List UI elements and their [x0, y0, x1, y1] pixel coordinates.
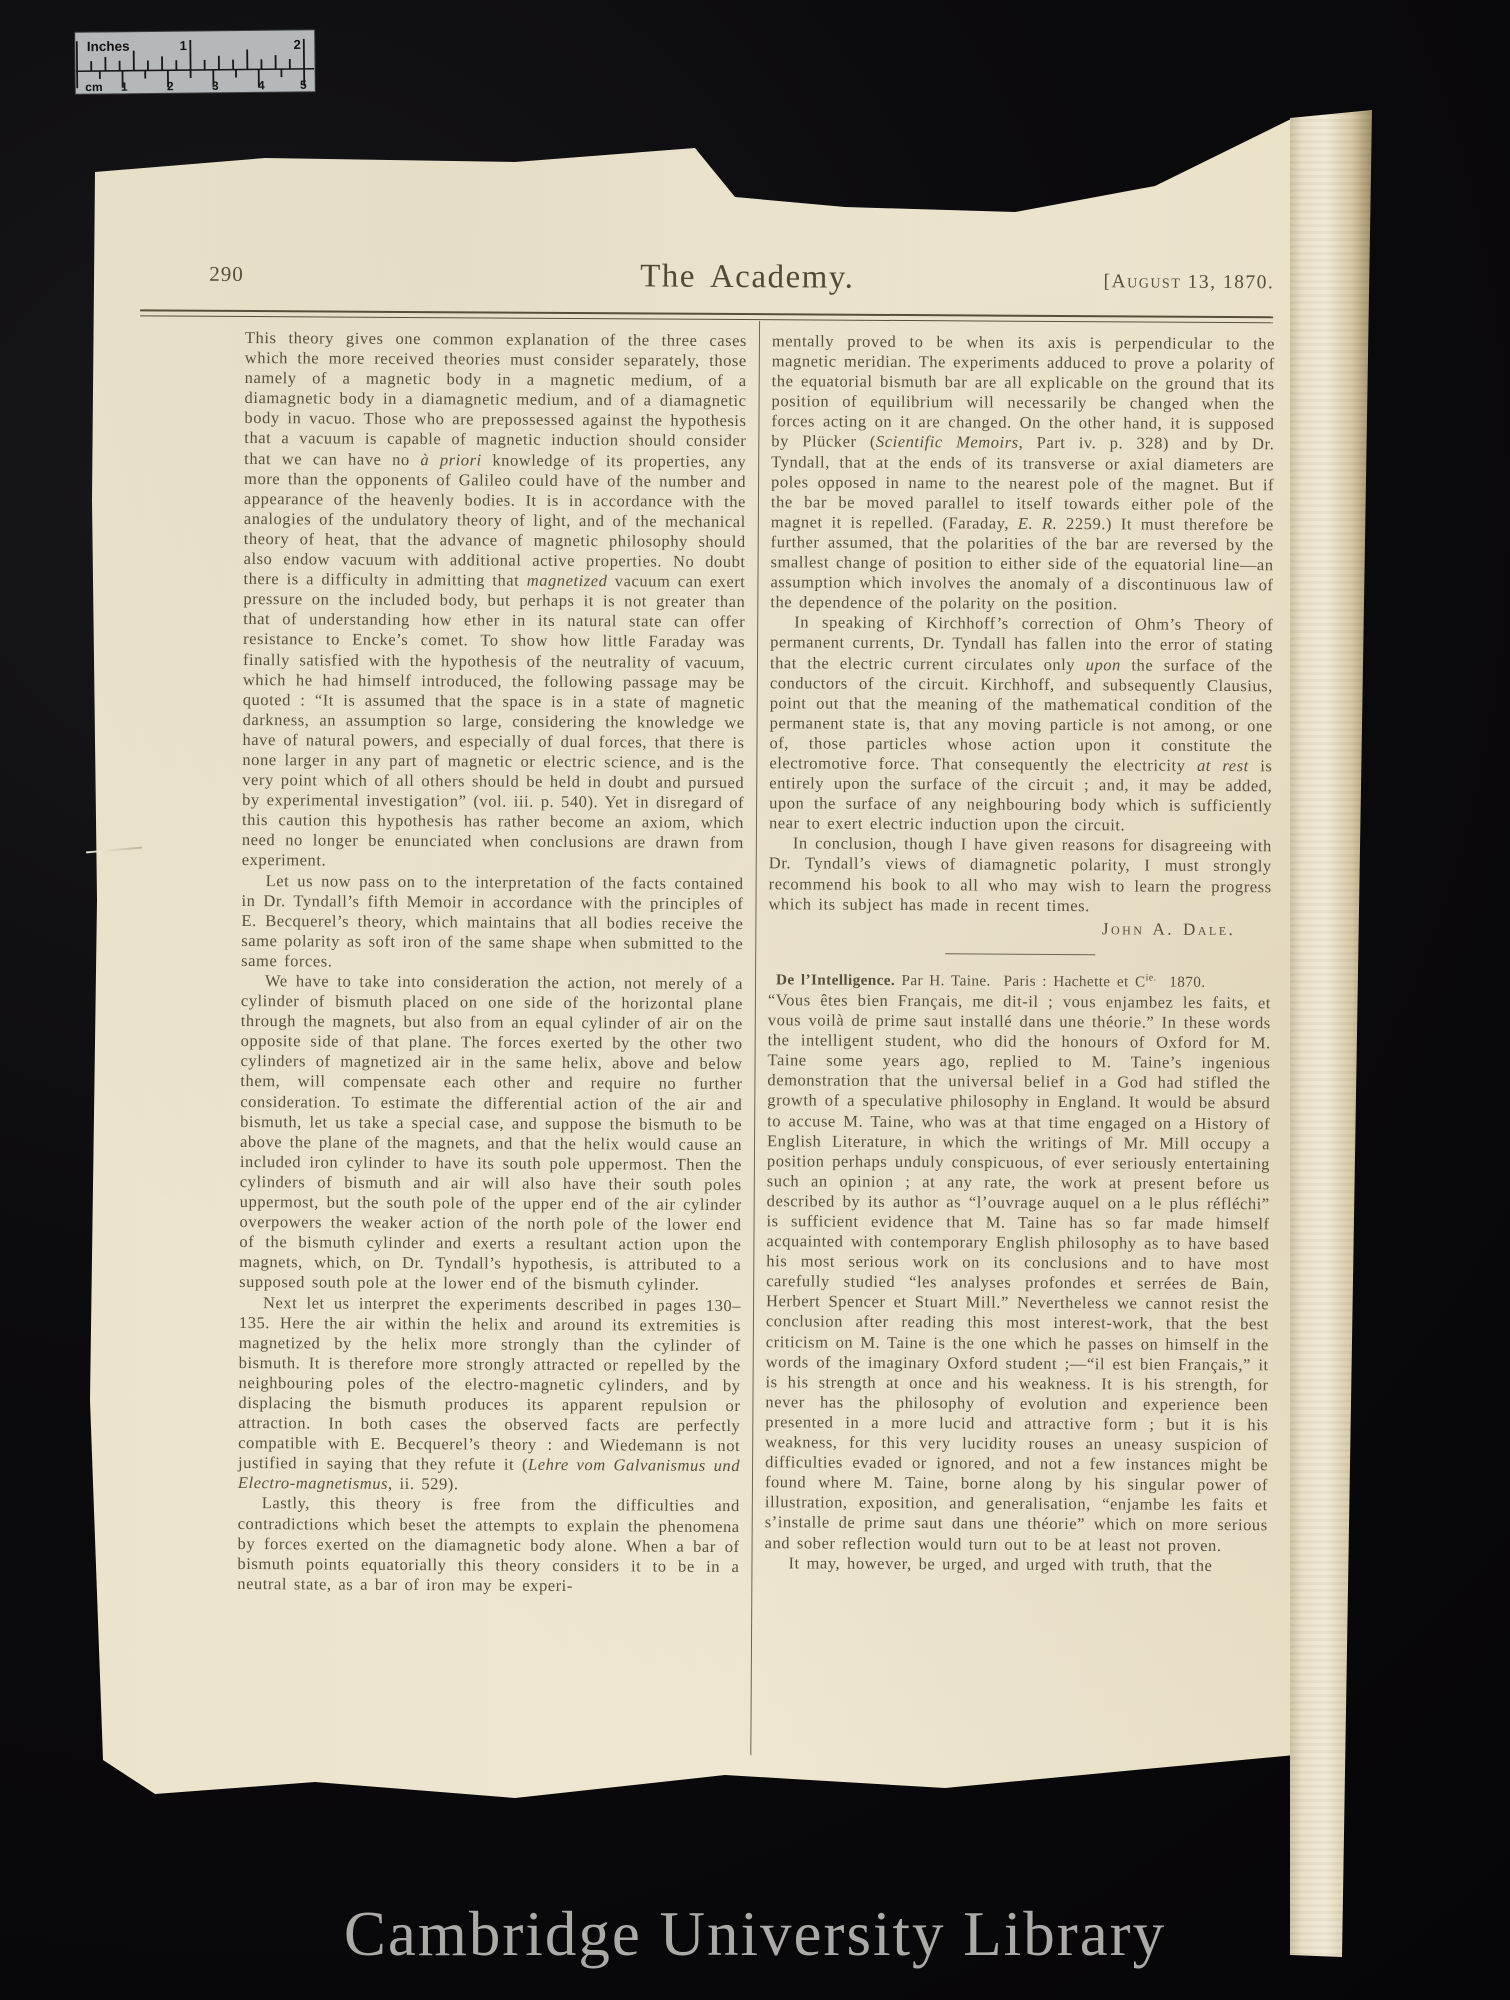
paragraph: It may, however, be urged, and urged wit…	[764, 1553, 1267, 1576]
library-watermark: Cambridge University Library	[0, 1898, 1510, 1971]
header-rule	[140, 309, 1273, 323]
issue-date: [August 13, 1870.	[1000, 271, 1274, 295]
right-column: mentally proved to be when its axis is p…	[764, 331, 1275, 1576]
paragraph: Let us now pass on to the interpretation…	[241, 871, 744, 975]
paragraph: Lastly, this theory is free from the dif…	[237, 1493, 740, 1597]
paragraph: Next let us interpret the experiments de…	[238, 1292, 741, 1496]
review-heading: De l’Intelligence. Par H. Taine. Paris :…	[768, 966, 1271, 993]
paragraph: “Vous êtes bien Français, me dit-il ; vo…	[765, 990, 1271, 1556]
column-divider-rule	[750, 321, 760, 1755]
left-column: This theory gives one common explanation…	[237, 328, 747, 1597]
review-title: De l’Intelligence.	[776, 971, 895, 989]
paragraph: We have to take into consideration the a…	[239, 971, 743, 1296]
paragraph: This theory gives one common explanation…	[242, 328, 747, 874]
journal-title: The Academy.	[597, 258, 897, 297]
page-content: 290 The Academy. [August 13, 1870. This …	[0, 0, 1510, 2000]
paragraph: In speaking of Kirchhoff’s correction of…	[769, 613, 1273, 837]
scan-viewport: Inches 1 2 cm 1 2 3 4 5 290 The Academy.…	[0, 0, 1510, 2000]
section-divider-rule	[945, 953, 1095, 955]
author-signature: John A. Dale.	[768, 917, 1271, 940]
page-number: 290	[209, 262, 244, 287]
paragraph: mentally proved to be when its axis is p…	[770, 331, 1275, 615]
paragraph: In conclusion, though I have given reaso…	[768, 834, 1271, 917]
review-imprint: Par H. Taine. Paris : Hachette et Cie. 1…	[895, 972, 1205, 991]
